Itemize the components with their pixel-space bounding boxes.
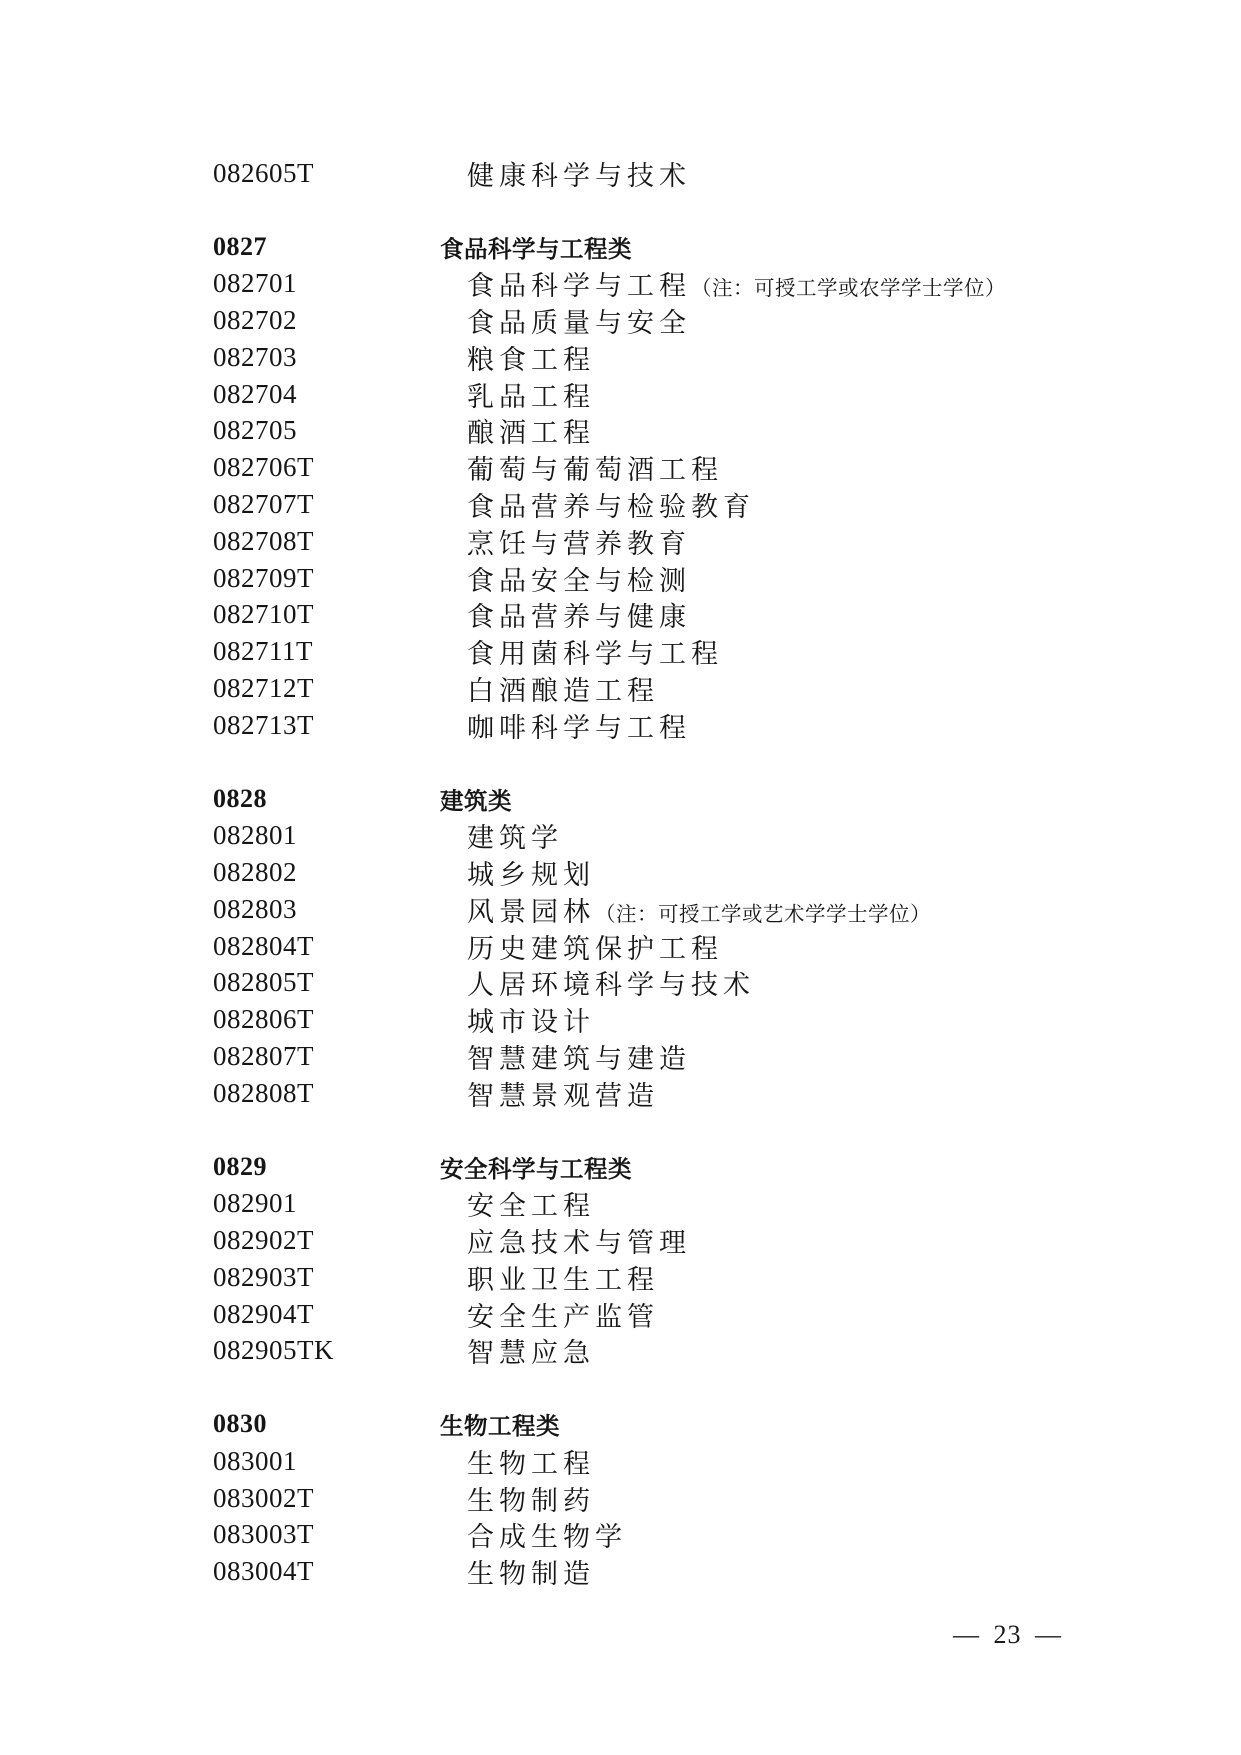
major-row: 082707T 食品营养与检验教育 [0,486,1241,523]
major-name: 食品科学与工程（注：可授工学或农学学士学位） [440,264,1006,303]
major-row: 082705 酿酒工程 [0,413,1241,450]
major-code: 082710T [213,599,440,630]
major-name-text: 食品安全与检测 [467,566,691,596]
major-name: 葡萄与葡萄酒工程 [440,448,723,487]
major-name-text: 食品科学与工程 [467,271,691,301]
major-row: 082903T 职业卫生工程 [0,1259,1241,1296]
major-name: 安全科学与工程类 [440,1150,632,1184]
blank-line [0,1112,1241,1149]
major-name-text: 合成生物学 [467,1522,627,1552]
major-name-text: 粮食工程 [467,345,595,375]
category-row: 0828 建筑类 [0,781,1241,818]
major-code: 083003T [213,1519,440,1550]
major-code: 082703 [213,342,440,373]
document-page: 082605T 健康科学与技术 0827 食品科学与工程类 082701 食品科… [0,0,1241,1755]
major-row: 082704 乳品工程 [0,376,1241,413]
blank-line [0,744,1241,781]
category-row: 0830 生物工程类 [0,1406,1241,1443]
major-code: 0829 [213,1152,440,1182]
major-name-text: 生物工程类 [440,1413,560,1439]
major-row: 082605T 健康科学与技术 [0,155,1241,192]
page-number: — 23 — [953,1620,1062,1650]
major-name-text: 食品营养与健康 [467,602,691,632]
major-row: 082709T 食品安全与检测 [0,560,1241,597]
major-name-text: 食品营养与检验教育 [467,492,755,522]
major-name-text: 生物制造 [467,1559,595,1589]
major-row: 082804T 历史建筑保护工程 [0,928,1241,965]
major-name: 白酒酿造工程 [440,669,659,708]
major-row: 082806T 城市设计 [0,1001,1241,1038]
major-name-text: 智慧建筑与建造 [467,1044,691,1074]
major-code: 082704 [213,379,440,410]
major-name-text: 安全科学与工程类 [440,1156,632,1182]
major-row: 083003T 合成生物学 [0,1516,1241,1553]
major-name-text: 健康科学与技术 [467,161,691,191]
major-row: 082901 安全工程 [0,1185,1241,1222]
major-code: 082804T [213,931,440,962]
major-name: 乳品工程 [440,375,595,414]
major-name-text: 安全生产监管 [467,1302,659,1332]
major-name: 生物工程 [440,1442,595,1481]
major-name: 生物工程类 [440,1407,560,1441]
major-name: 安全生产监管 [440,1295,659,1334]
major-row: 082706T 葡萄与葡萄酒工程 [0,449,1241,486]
major-name-text: 食用菌科学与工程 [467,639,723,669]
major-name: 应急技术与管理 [440,1221,691,1260]
major-row: 082904T 安全生产监管 [0,1296,1241,1333]
major-code: 082806T [213,1004,440,1035]
major-name: 食品安全与检测 [440,559,691,598]
major-name: 智慧景观营造 [440,1074,659,1113]
major-name: 烹饪与营养教育 [440,522,691,561]
major-name: 酿酒工程 [440,411,595,450]
major-name: 安全工程 [440,1184,595,1223]
major-name: 食品营养与检验教育 [440,485,755,524]
major-name: 城市设计 [440,1000,595,1039]
major-name: 生物制造 [440,1552,595,1591]
major-name: 建筑类 [440,782,512,816]
major-code: 0828 [213,784,440,814]
major-name-text: 咖啡科学与工程 [467,713,691,743]
major-name-text: 智慧景观营造 [467,1081,659,1111]
major-code: 082902T [213,1225,440,1256]
major-code: 082708T [213,526,440,557]
major-name-text: 食品质量与安全 [467,308,691,338]
major-row: 082802 城乡规划 [0,854,1241,891]
major-code: 082803 [213,894,440,925]
major-name-text: 建筑学 [467,823,563,853]
major-name: 食品质量与安全 [440,301,691,340]
major-row: 082711T 食用菌科学与工程 [0,633,1241,670]
major-catalog-list: 082605T 健康科学与技术 0827 食品科学与工程类 082701 食品科… [0,155,1241,1590]
major-row: 082805T 人居环境科学与技术 [0,965,1241,1002]
major-code: 083004T [213,1556,440,1587]
major-row: 083001 生物工程 [0,1443,1241,1480]
major-code: 082705 [213,415,440,446]
major-name: 食品营养与健康 [440,595,691,634]
major-name-text: 乳品工程 [467,382,595,412]
major-row: 082710T 食品营养与健康 [0,597,1241,634]
major-name: 建筑学 [440,816,563,855]
major-row: 082702 食品质量与安全 [0,302,1241,339]
major-code: 082709T [213,563,440,594]
major-name: 人居环境科学与技术 [440,963,755,1002]
major-name-text: 葡萄与葡萄酒工程 [467,455,723,485]
major-name-text: 职业卫生工程 [467,1265,659,1295]
major-code: 082707T [213,489,440,520]
major-row: 082902T 应急技术与管理 [0,1222,1241,1259]
major-name: 合成生物学 [440,1515,627,1554]
major-code: 082805T [213,967,440,998]
major-row: 082708T 烹饪与营养教育 [0,523,1241,560]
major-row: 083004T 生物制造 [0,1553,1241,1590]
major-name-text: 城乡规划 [467,860,595,890]
major-row: 082701 食品科学与工程（注：可授工学或农学学士学位） [0,265,1241,302]
major-row: 082712T 白酒酿造工程 [0,670,1241,707]
major-name-text: 生物制药 [467,1486,595,1516]
category-row: 0829 安全科学与工程类 [0,1149,1241,1186]
major-code: 0827 [213,232,440,262]
major-code: 082801 [213,820,440,851]
major-name-text: 历史建筑保护工程 [467,934,723,964]
major-name-text: 应急技术与管理 [467,1228,691,1258]
major-code: 082711T [213,636,440,667]
major-name: 食用菌科学与工程 [440,632,723,671]
major-name: 粮食工程 [440,338,595,377]
category-row: 0827 食品科学与工程类 [0,229,1241,266]
major-name: 智慧建筑与建造 [440,1037,691,1076]
major-name: 智慧应急 [440,1331,595,1370]
major-name-text: 生物工程 [467,1449,595,1479]
major-name-text: 人居环境科学与技术 [467,970,755,1000]
major-code: 083002T [213,1483,440,1514]
major-code: 082706T [213,452,440,483]
blank-line [0,1369,1241,1406]
major-name: 历史建筑保护工程 [440,927,723,966]
major-code: 083001 [213,1446,440,1477]
major-row: 082905TK 智慧应急 [0,1333,1241,1370]
major-code: 082903T [213,1262,440,1293]
major-name: 风景园林（注：可授工学或艺术学学士学位） [440,890,931,929]
major-name: 健康科学与技术 [440,154,691,193]
major-name-text: 白酒酿造工程 [467,676,659,706]
major-name: 咖啡科学与工程 [440,706,691,745]
major-name: 生物制药 [440,1479,595,1518]
major-code: 082605T [213,158,440,189]
major-name: 城乡规划 [440,853,595,892]
major-code: 082901 [213,1188,440,1219]
major-row: 082801 建筑学 [0,817,1241,854]
major-name-text: 智慧应急 [467,1338,595,1368]
major-code: 082905TK [213,1335,440,1366]
major-code: 082808T [213,1078,440,1109]
major-name-text: 烹饪与营养教育 [467,529,691,559]
major-row: 083002T 生物制药 [0,1480,1241,1517]
major-name: 食品科学与工程类 [440,230,632,264]
major-name-text: 建筑类 [440,788,512,814]
major-code: 082904T [213,1299,440,1330]
major-row: 082713T 咖啡科学与工程 [0,707,1241,744]
major-row: 082803 风景园林（注：可授工学或艺术学学士学位） [0,891,1241,928]
major-code: 082713T [213,710,440,741]
major-degree-note: （注：可授工学或艺术学学士学位） [595,904,931,926]
major-name-text: 风景园林 [467,897,595,927]
major-code: 0830 [213,1409,440,1439]
major-name-text: 食品科学与工程类 [440,236,632,262]
major-name-text: 酿酒工程 [467,418,595,448]
major-name-text: 城市设计 [467,1007,595,1037]
blank-line [0,192,1241,229]
major-name-text: 安全工程 [467,1191,595,1221]
major-name: 职业卫生工程 [440,1258,659,1297]
major-code: 082701 [213,268,440,299]
major-code: 082702 [213,305,440,336]
major-code: 082807T [213,1041,440,1072]
major-code: 082802 [213,857,440,888]
major-degree-note: （注：可授工学或农学学士学位） [691,278,1006,300]
major-code: 082712T [213,673,440,704]
major-row: 082808T 智慧景观营造 [0,1075,1241,1112]
major-row: 082703 粮食工程 [0,339,1241,376]
major-row: 082807T 智慧建筑与建造 [0,1038,1241,1075]
